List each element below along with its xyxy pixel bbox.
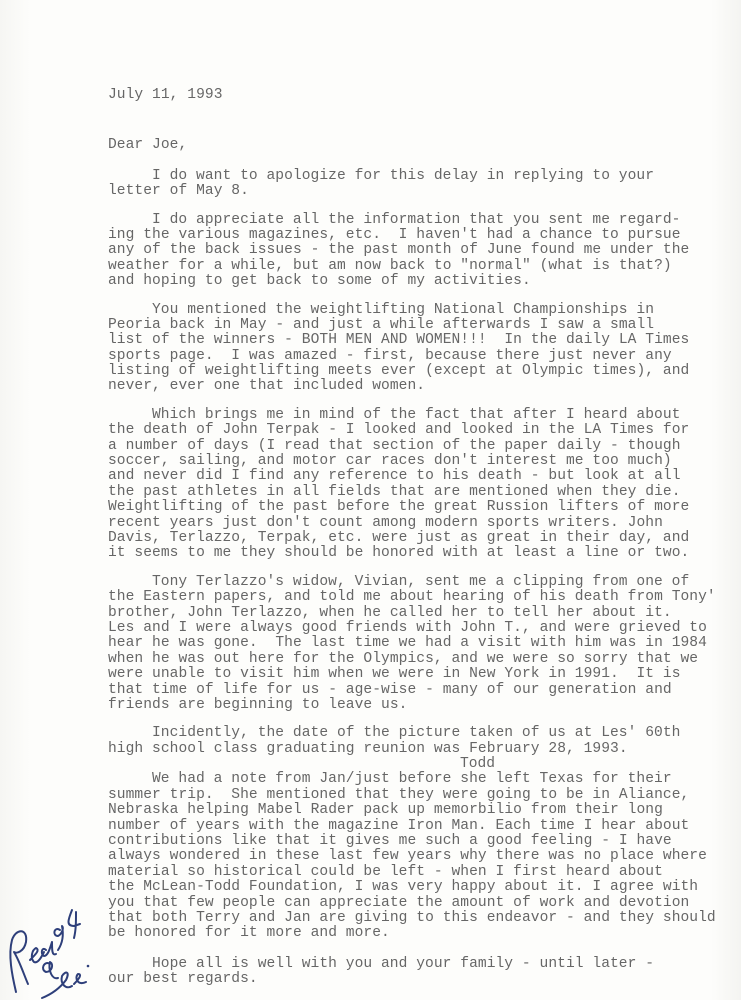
paragraph-line: ing the various magazines, etc. I haven'… — [108, 228, 741, 243]
paragraph-line: high school class graduating reunion was… — [108, 742, 741, 757]
paragraph: Which brings me in mind of the fact that… — [108, 408, 741, 562]
paragraph: I do appreciate all the information that… — [108, 213, 741, 290]
paragraph-line: friends are beginning to leave us. — [108, 698, 741, 713]
letter-date: July 11, 1993 — [108, 87, 741, 102]
paragraph-line: the Eastern papers, and told me about he… — [108, 590, 741, 605]
paragraph-line: number of years with the magazine Iron M… — [108, 819, 741, 834]
paragraph-line: recent years just don't count among mode… — [108, 516, 741, 531]
paragraph-line: it seems to me they should be honored wi… — [108, 546, 741, 561]
paragraph-line: Incidently, the date of the picture take… — [108, 726, 741, 741]
letter-body: July 11, 1993 Dear Joe, I do want to apo… — [108, 87, 741, 988]
handwritten-note-drawing — [2, 880, 92, 1000]
paragraph-line: You mentioned the weightlifting National… — [108, 303, 741, 318]
paragraph-line: always wondered in these last few years … — [108, 849, 741, 864]
paragraph-line: the past athletes in all fields that are… — [108, 485, 741, 500]
paragraph-line: that both Terry and Jan are giving to th… — [108, 911, 741, 926]
paragraph-line: We had a note from Jan/just before she l… — [108, 772, 741, 787]
paragraph-line: hear he was gone. The last time we had a… — [108, 636, 741, 651]
paragraph: Incidently, the date of the picture take… — [108, 726, 741, 757]
paragraph-line: summer trip. She mentioned that they wer… — [108, 788, 741, 803]
letter-page: July 11, 1993 Dear Joe, I do want to apo… — [0, 0, 741, 1000]
typed-insertion: Todd — [108, 757, 741, 772]
paragraph-line: Davis, Terlazzo, Terpak, etc. were just … — [108, 531, 741, 546]
paragraph-line: listing of weightlifting meets ever (exc… — [108, 364, 741, 379]
paragraph-line: when he was out here for the Olympics, a… — [108, 652, 741, 667]
paragraph-line: you that few people can appreciate the a… — [108, 896, 741, 911]
paragraph-line: Peoria back in May - and just a while af… — [108, 318, 741, 333]
paragraph-line: sports page. I was amazed - first, becau… — [108, 349, 741, 364]
paragraph: Todd We had a note from Jan/just before … — [108, 757, 741, 942]
paragraph-line: I do want to apologize for this delay in… — [108, 169, 741, 184]
paragraph-line: Weightlifting of the past before the gre… — [108, 500, 741, 515]
paragraph: Hope all is well with you and your famil… — [108, 957, 741, 988]
paragraph-line: I do appreciate all the information that… — [108, 213, 741, 228]
paragraph-line: brother, John Terlazzo, when he called h… — [108, 606, 741, 621]
paragraph: You mentioned the weightlifting National… — [108, 303, 741, 395]
paragraph-line: were unable to visit him when we were in… — [108, 667, 741, 682]
paragraph-line: our best regards. — [108, 972, 741, 987]
paragraph: Tony Terlazzo's widow, Vivian, sent me a… — [108, 575, 741, 714]
paragraph-line: soccer, sailing, and motor car races don… — [108, 454, 741, 469]
paragraph-line: Les and I were always good friends with … — [108, 621, 741, 636]
paragraph-line: letter of May 8. — [108, 184, 741, 199]
paragraph-line: that time of life for us - age-wise - ma… — [108, 683, 741, 698]
paragraph-line: and hoping to get back to some of my act… — [108, 274, 741, 289]
paragraph-line: the McLean-Todd Foundation, I was very h… — [108, 880, 741, 895]
paragraph-line: Tony Terlazzo's widow, Vivian, sent me a… — [108, 575, 741, 590]
handwritten-note — [2, 880, 92, 1000]
paragraph-line: contributions like that it gives me such… — [108, 834, 741, 849]
paragraph-line: the death of John Terpak - I looked and … — [108, 423, 741, 438]
paragraph-line: Which brings me in mind of the fact that… — [108, 408, 741, 423]
paragraph-line: any of the back issues - the past month … — [108, 243, 741, 258]
paragraph-line: a number of days (I read that section of… — [108, 439, 741, 454]
salutation: Dear Joe, — [108, 138, 741, 153]
paragraph-line: material so historical could be left - w… — [108, 865, 741, 880]
paragraph-line: weather for a while, but am now back to … — [108, 259, 741, 274]
paragraph: I do want to apologize for this delay in… — [108, 169, 741, 200]
paragraph-line: and never did I find any reference to hi… — [108, 469, 741, 484]
paragraph-line: Hope all is well with you and your famil… — [108, 957, 741, 972]
paragraph-line: Nebraska helping Mabel Rader pack up mem… — [108, 803, 741, 818]
paragraph-line: be honored for it more and more. — [108, 926, 741, 941]
paragraph-line: list of the winners - BOTH MEN AND WOMEN… — [108, 333, 741, 348]
paragraph-line: never, ever one that included women. — [108, 379, 741, 394]
